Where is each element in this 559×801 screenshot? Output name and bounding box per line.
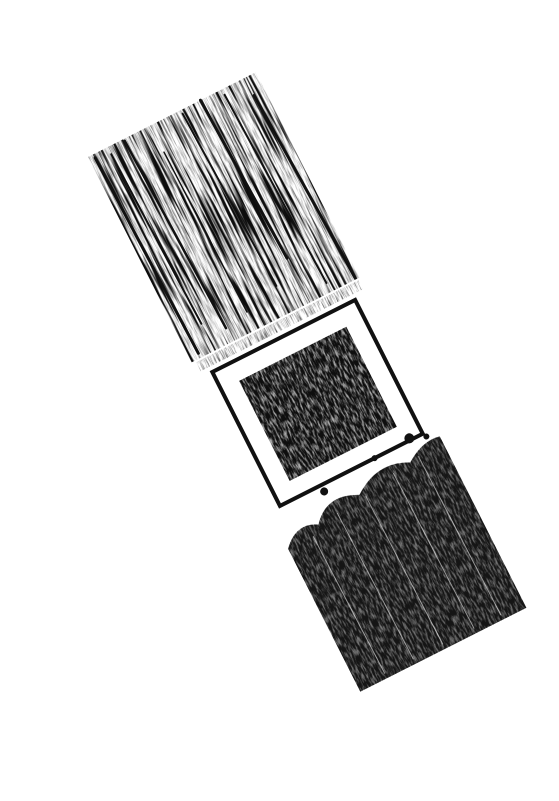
woodblock-print (0, 0, 559, 801)
plank (88, 72, 526, 692)
